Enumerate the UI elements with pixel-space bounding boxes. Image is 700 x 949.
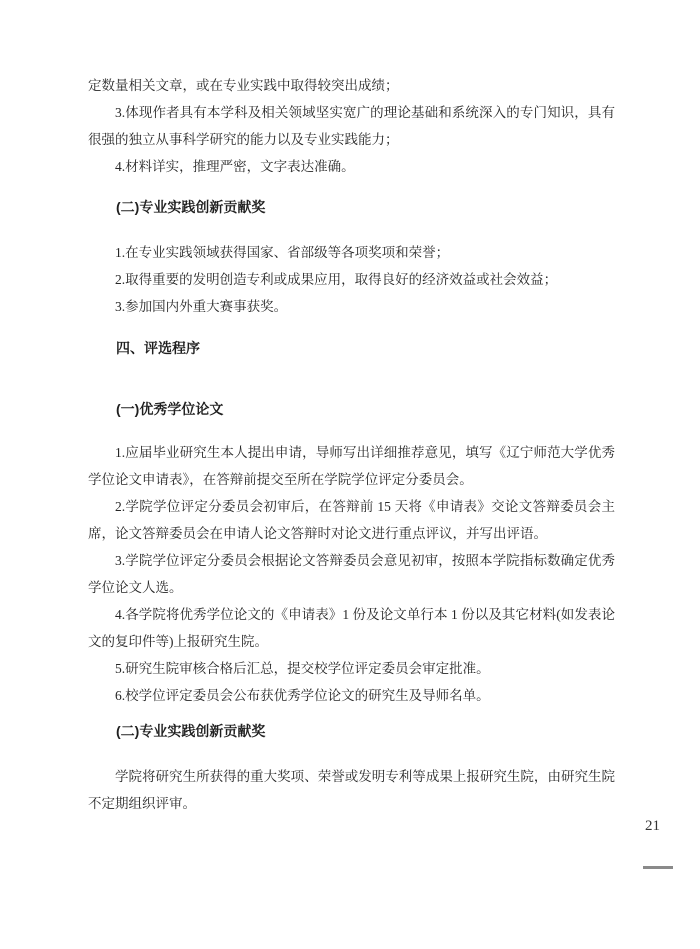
- section-heading-outstanding-thesis: (一)优秀学位论文: [88, 396, 615, 423]
- footer-rule: [643, 866, 673, 869]
- body-paragraph: 1.应届毕业研究生本人提出申请，导师写出详细推荐意见，填写《辽宁师范大学优秀学位…: [88, 439, 615, 493]
- body-paragraph: 3.参加国内外重大赛事获奖。: [88, 293, 615, 320]
- text-column: 定数量相关文章，或在专业实践中取得较突出成绩； 3.体现作者具有本学科及相关领域…: [88, 72, 615, 817]
- body-paragraph: 3.体现作者具有本学科及相关领域坚实宽广的理论基础和系统深入的专门知识，具有很强…: [88, 99, 615, 153]
- body-paragraph: 2.取得重要的发明创造专利或成果应用，取得良好的经济效益或社会效益；: [88, 266, 615, 293]
- body-paragraph: 3.学院学位评定分委员会根据论文答辩委员会意见初审，按照本学院指标数确定优秀学位…: [88, 547, 615, 601]
- body-paragraph: 1.在专业实践领域获得国家、省部级等各项奖项和荣誉；: [88, 239, 615, 266]
- page-number: 21: [645, 818, 660, 835]
- body-paragraph: 2.学院学位评定分委员会初审后，在答辩前 15 天将《申请表》交论文答辩委员会主…: [88, 493, 615, 547]
- body-paragraph: 定数量相关文章，或在专业实践中取得较突出成绩；: [88, 72, 615, 99]
- section-heading-professional-practice-award-2: (二)专业实践创新贡献奖: [88, 718, 615, 745]
- section-heading-selection-procedure: 四、评选程序: [88, 335, 615, 362]
- body-paragraph: 学院将研究生所获得的重大奖项、荣誉或发明专利等成果上报研究生院，由研究生院不定期…: [88, 763, 615, 817]
- document-page: 定数量相关文章，或在专业实践中取得较突出成绩； 3.体现作者具有本学科及相关领域…: [0, 0, 700, 949]
- body-paragraph: 4.各学院将优秀学位论文的《申请表》1 份及论文单行本 1 份以及其它材料(如发…: [88, 601, 615, 655]
- body-paragraph: 4.材料详实，推理严密，文字表达准确。: [88, 153, 615, 180]
- section-heading-professional-practice-award: (二)专业实践创新贡献奖: [88, 194, 615, 221]
- body-paragraph: 5.研究生院审核合格后汇总，提交校学位评定委员会审定批准。: [88, 655, 615, 682]
- body-paragraph: 6.校学位评定委员会公布获优秀学位论文的研究生及导师名单。: [88, 682, 615, 709]
